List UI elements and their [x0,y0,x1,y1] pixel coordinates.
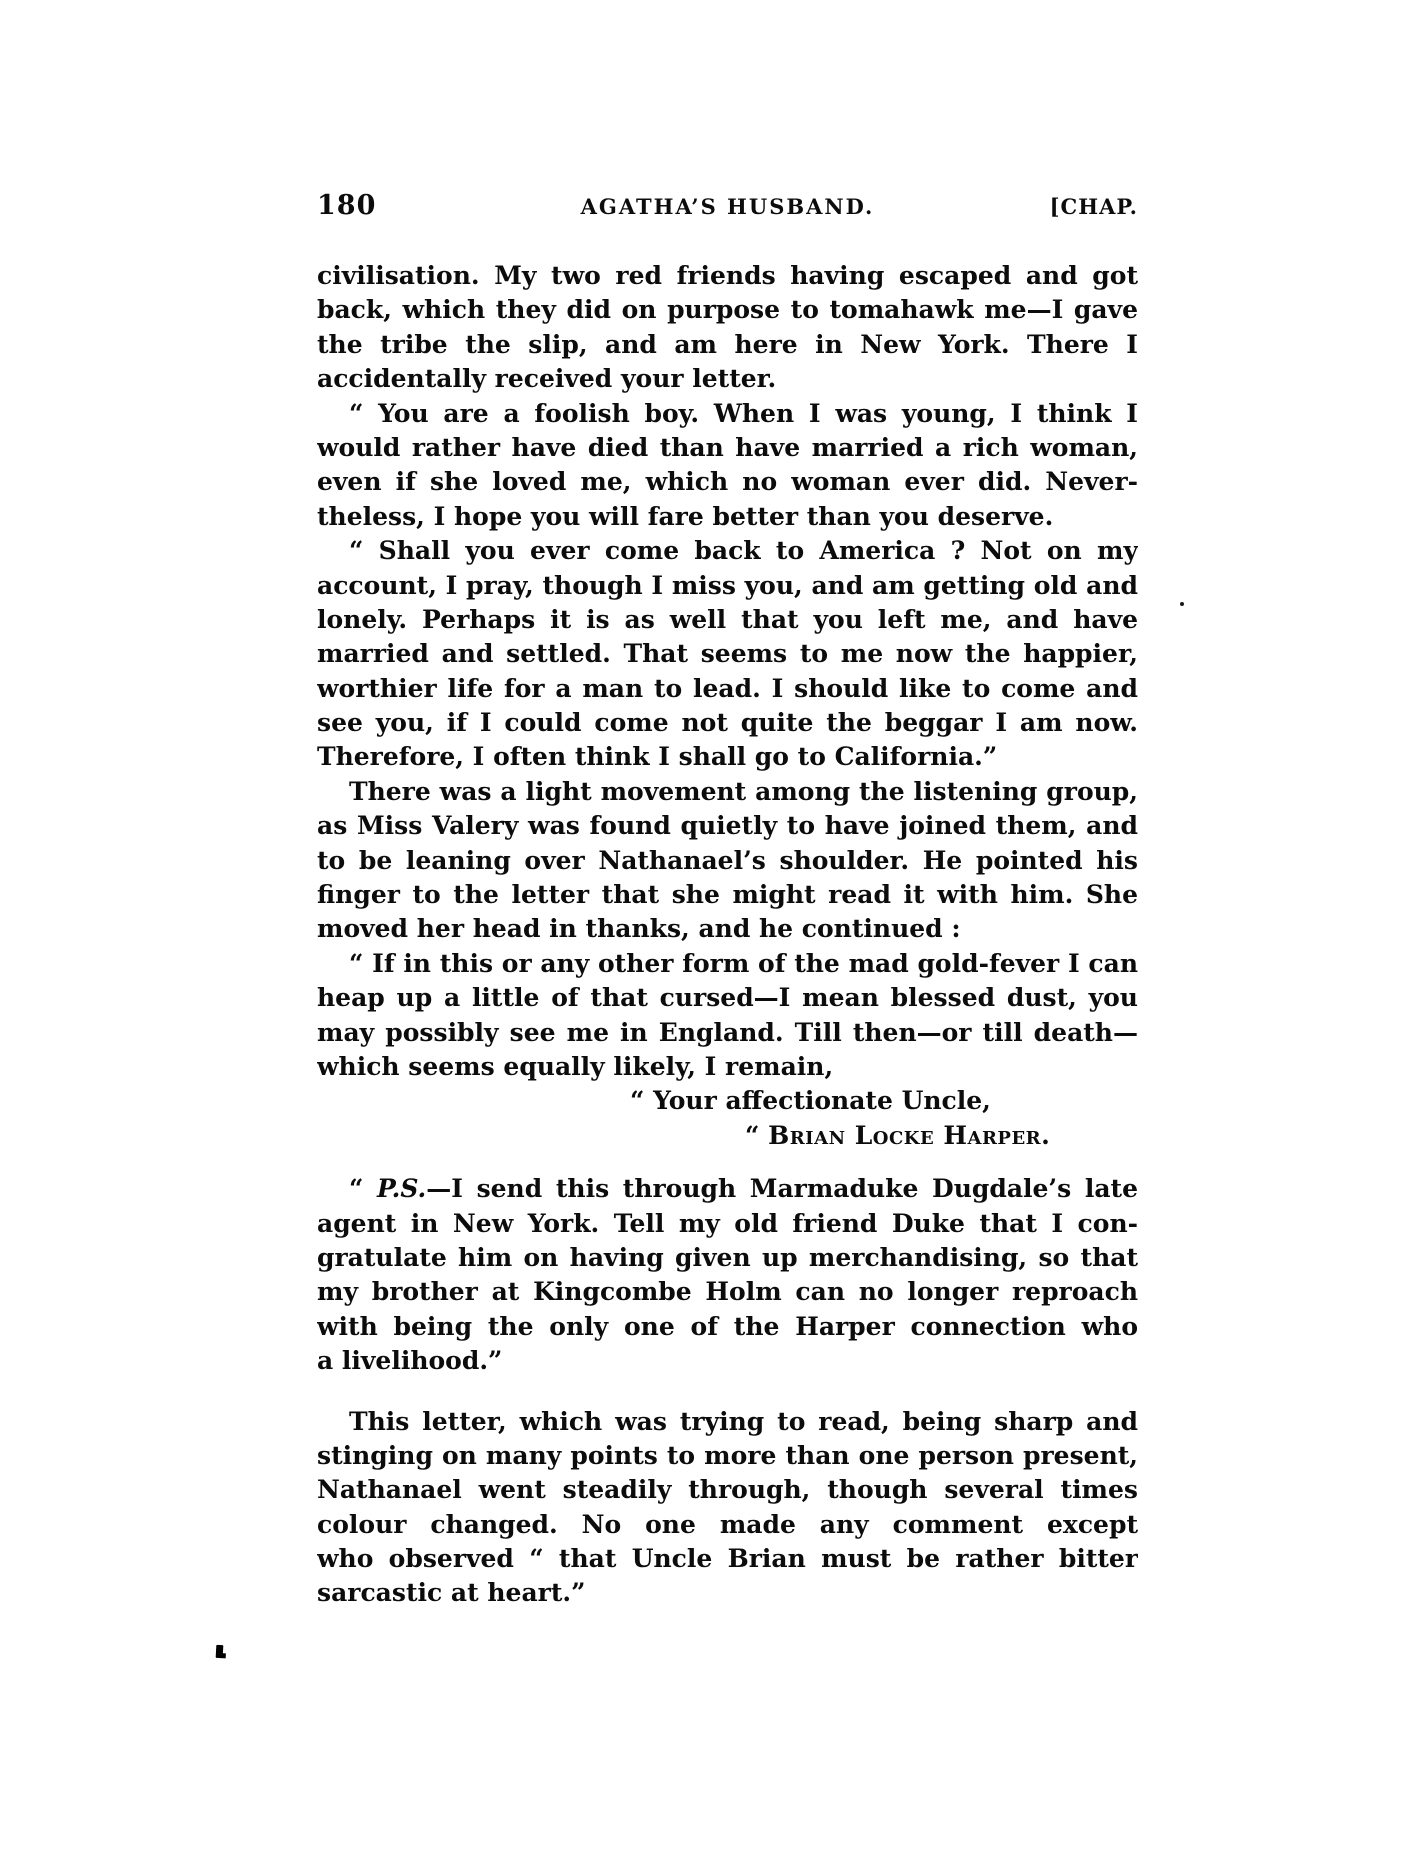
text-line: to be leaning over Nathanael’s shoulder.… [317,844,1138,878]
letter-signature: “ Your affectionate Uncle, “ Brian Locke… [317,1084,1138,1153]
chapter-marker: [CHAP. [1008,194,1138,219]
paragraph-foolish-boy: “ You are a foolish boy. When I was youn… [317,397,1138,535]
text-line: a livelihood.” [317,1344,1138,1378]
paragraph-continuation: civilisation. My two red friends having … [317,259,1138,397]
paragraph-miss-valery: There was a light movement among the lis… [317,775,1138,947]
ink-smudge-mark [216,1645,224,1658]
ink-dot-mark [1180,602,1184,606]
text-line: would rather have died than have married… [317,431,1138,465]
text-line: see you, if I could come not quite the b… [317,706,1138,740]
ps-italic: P.S. [377,1174,426,1203]
text-line: who observed “ that Uncle Brian must be … [317,1542,1138,1576]
text-line: theless, I hope you will fare better tha… [317,500,1138,534]
paragraph-closing: This letter, which was trying to read, b… [317,1405,1138,1611]
text-line: civilisation. My two red friends having … [317,259,1138,293]
text-line: colour changed. No one made any comment … [317,1508,1138,1542]
text-line: which seems equally likely, I remain, [317,1050,1138,1084]
text-line: the tribe the slip, and am here in New Y… [317,328,1138,362]
text-line: my brother at Kingcombe Holm can no long… [317,1275,1138,1309]
text-line: back, which they did on purpose to tomah… [317,293,1138,327]
signature-line-closing: “ Your affectionate Uncle, [317,1084,1138,1118]
text-line: as Miss Valery was found quietly to have… [317,809,1138,843]
text-line: “ If in this or any other form of the ma… [317,947,1138,981]
text-line: finger to the letter that she might read… [317,878,1138,912]
text-line: married and settled. That seems to me no… [317,637,1138,671]
text-line: moved her head in thanks, and he continu… [317,912,1138,946]
text-line: Therefore, I often think I shall go to C… [317,740,1138,774]
signature-quote: “ [745,1121,768,1150]
running-header: 180 AGATHA’S HUSBAND. [CHAP. [317,190,1138,221]
text-line: agent in New York. Tell my old friend Du… [317,1207,1138,1241]
text-line: accidentally received your letter. [317,362,1138,396]
paragraph-gold-fever: “ If in this or any other form of the ma… [317,947,1138,1085]
text-line: sarcastic at heart.” [317,1576,1138,1610]
text-line: gratulate him on having given up merchan… [317,1241,1138,1275]
running-title: AGATHA’S HUSBAND. [447,194,1008,219]
signature-name: Brian Locke Harper. [768,1121,1050,1150]
text-line: heap up a little of that cursed—I mean b… [317,981,1138,1015]
paragraph-postscript: “ P.S.—I send this through Marmaduke Dug… [317,1172,1138,1378]
text-line: “ You are a foolish boy. When I was youn… [317,397,1138,431]
text-line: “ P.S.—I send this through Marmaduke Dug… [317,1172,1138,1206]
text-line: lonely. Perhaps it is as well that you l… [317,603,1138,637]
text-line: stinging on many points to more than one… [317,1439,1138,1473]
page-body: civilisation. My two red friends having … [317,259,1138,1611]
text-line: “ Shall you ever come back to America ? … [317,534,1138,568]
text-line: with being the only one of the Harper co… [317,1310,1138,1344]
text-span: “ [349,1174,377,1203]
text-line: may possibly see me in England. Till the… [317,1016,1138,1050]
text-line: account, I pray, though I miss you, and … [317,569,1138,603]
text-line: Nathanael went steadily through, though … [317,1473,1138,1507]
signature-line-name: “ Brian Locke Harper. [317,1119,1138,1153]
text-line: worthier life for a man to lead. I shoul… [317,672,1138,706]
text-span: with being the only one of the Harper co… [317,1312,1138,1341]
text-line: even if she loved me, which no woman eve… [317,465,1138,499]
text-span: —I send this through Marmaduke Dugdale’s… [426,1174,1138,1203]
paragraph-america: “ Shall you ever come back to America ? … [317,534,1138,775]
page-number: 180 [317,190,447,221]
text-line: This letter, which was trying to read, b… [317,1405,1138,1439]
page-text-block: 180 AGATHA’S HUSBAND. [CHAP. civilisatio… [317,190,1138,1611]
text-line: There was a light movement among the lis… [317,775,1138,809]
